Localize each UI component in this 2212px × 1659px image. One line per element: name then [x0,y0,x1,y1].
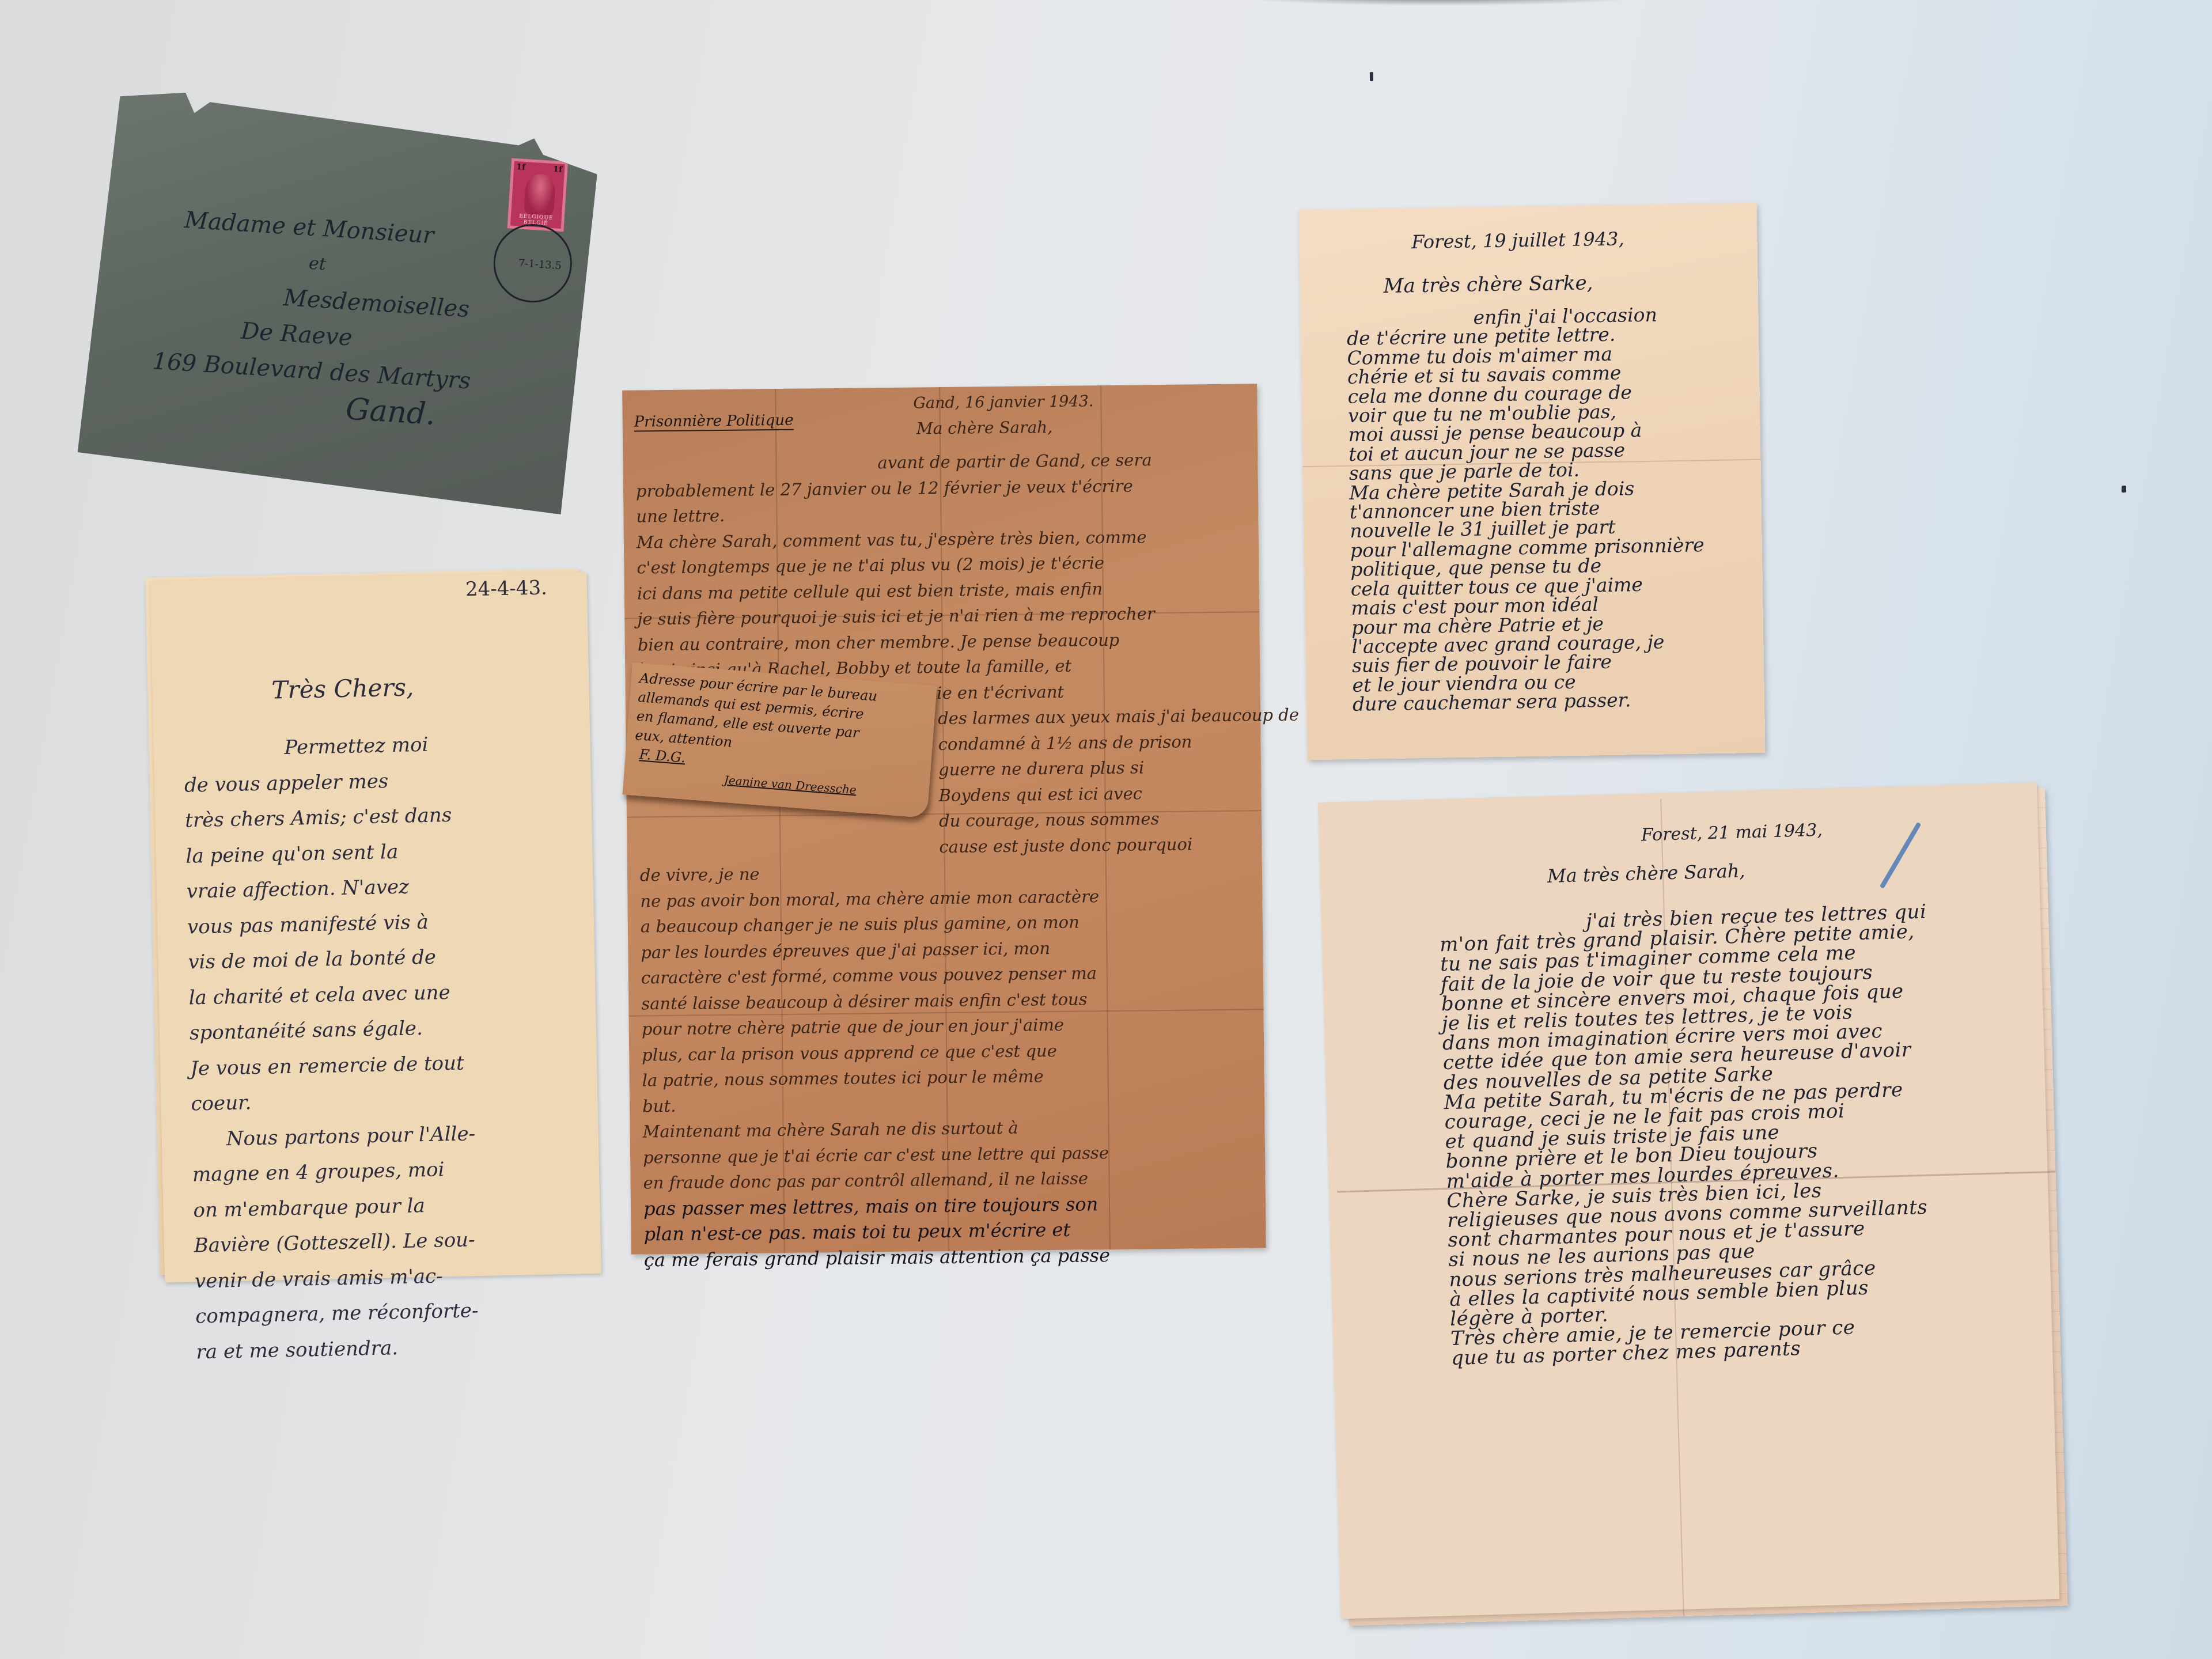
letter-salutation: Très Chers, [271,673,414,704]
letter-line: cause est juste donc pourquoi [939,830,1300,859]
letter-line: Nous partons pour l'Alle- [226,1116,475,1157]
letter-forest-21-mai-1943: Forest, 21 mai 1943, Ma très chère Sarah… [1326,788,2067,1626]
letter-line: vous pas manifesté vis à [187,904,471,945]
letter-line: vis de moi de la bonté de [188,939,472,980]
letter-24-4-43: 24-4-43. Très Chers, Permettez moi de vo… [145,569,593,1274]
letter-line: la peine qu'on sent la [185,833,469,874]
letter-date: Gand, 16 janvier 1943. [913,392,1093,412]
folded-address-note: Adresse pour écrire par le bureau allema… [623,662,937,818]
letter-line: magne en 4 groupes, moi [192,1152,476,1193]
letter-line: des larmes aux yeux mais j'ai beaucoup d… [938,702,1299,732]
letter-forest-19-juillet-1943: Forest, 19 juillet 1943, Ma très chère S… [1299,203,1766,760]
letter-line: vraie affection. N'avez [186,868,470,910]
surface-speck [2122,486,2126,493]
envelope-address: Madame et Monsieur et Mesdemoiselles De … [172,202,481,435]
postmark-date: 7-1-13.5 [518,257,562,272]
postage-stamp: 1f 1f BELGIQUE BELGIË [507,158,568,232]
letter-line: très chers Amis; c'est dans [185,797,469,839]
stamp-portrait-icon [524,173,556,215]
envelope: 1f 1f BELGIQUE BELGIË 7-1-13.5 Madame et… [75,87,601,515]
letter-line: du courage, nous sommes [939,805,1300,834]
letter-salutation: Ma chère Sarah, [916,418,1053,438]
letter-date: Forest, 19 juillet 1943, [1411,228,1624,253]
letter-line: coeur. [191,1081,475,1122]
letter-line: Je vous en remercie de tout [190,1046,474,1087]
stamp-value-left: 1f [516,162,526,172]
letter-line: avant de partir de Gand, ce sera [877,446,1296,476]
letter-date: 24-4-43. [465,576,548,601]
letter-line: ra et me soutiendra. [196,1329,480,1370]
letter-body: j'ai très bien reçue tes lettres qui m'o… [1439,902,1939,1369]
letter-line: venir de vrais amis m'ac- [194,1258,478,1300]
letter-line: compagnera, me réconforte- [195,1293,479,1335]
letter-line: de vous appeler mes [184,762,468,804]
letter-gand-16-janvier-1943: Prisonnière Politique Gand, 16 janvier 1… [622,384,1266,1254]
letter-body: Permettez moi de vous appeler mes très c… [183,726,480,1370]
prisoner-tag: Prisonnière Politique [634,412,794,432]
object-shadow-top [1238,0,1642,6]
letter-line: guerre ne durera plus si [938,753,1300,783]
letter-salutation: Ma très chère Sarke, [1383,271,1593,298]
letter-line: Boydens qui est ici avec [938,779,1300,808]
surface-speck [1370,72,1373,81]
letter-body: enfin j'ai l'occasion de t'écrire une pe… [1346,304,1707,714]
letter-line: dure cauchemar sera passer. [1353,689,1707,714]
letter-body: avant de partir de Gand, ce sera probabl… [635,446,1305,1273]
letter-line: Permettez moi [284,726,467,766]
letter-line: condamné à 1½ ans de prison [938,728,1299,757]
postmark-icon: 7-1-13.5 [491,222,574,305]
letter-line: on m'embarque pour la [193,1187,477,1229]
letter-line: la charité et cela avec une [188,975,472,1016]
letter-line: spontanéité sans égale. [189,1010,473,1051]
letter-line: Bavière (Gotteszell). Le sou- [194,1222,478,1264]
stamp-value-right: 1f [553,165,563,175]
